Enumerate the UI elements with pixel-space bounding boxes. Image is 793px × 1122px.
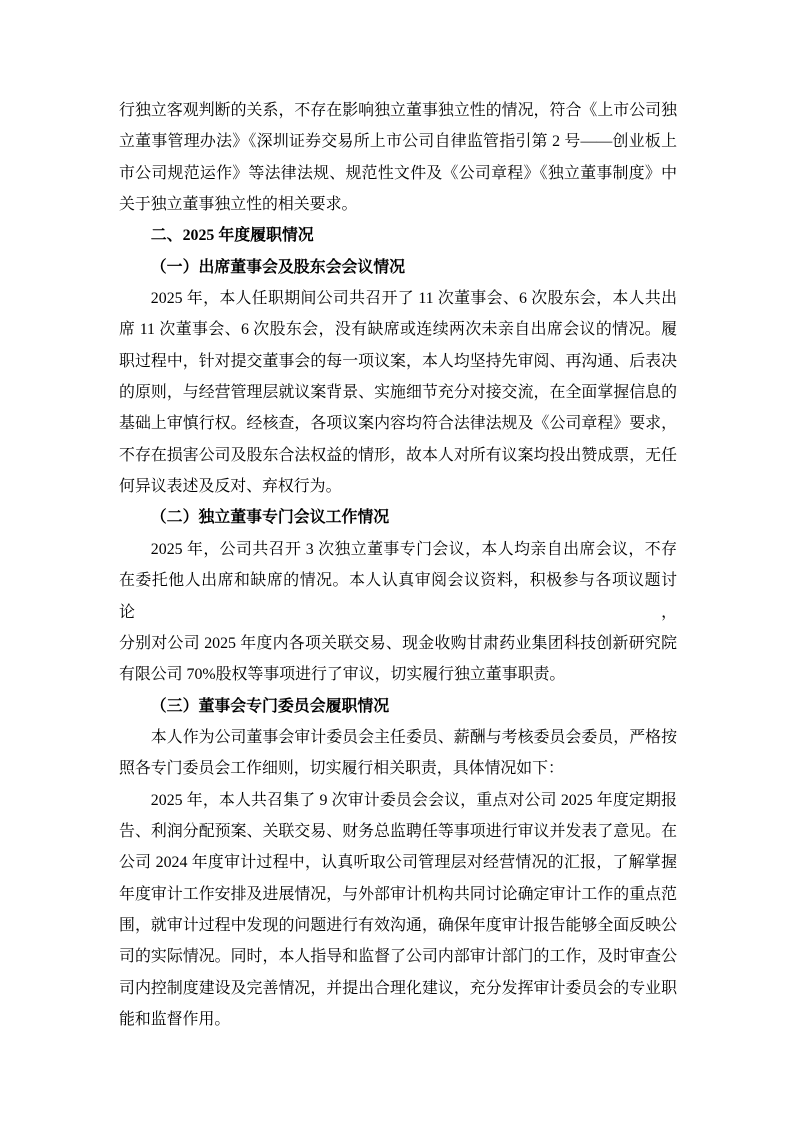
text-line: 不存在损害公司及股东合法权益的情形，故本人对所有议案均投出赞成票，无任: [119, 440, 677, 471]
text-line: 席 11 次董事会、6 次股东会，没有缺席或连续两次未亲自出席会议的情况。履: [119, 314, 677, 345]
section-heading: （三）董事会专门委员会履职情况: [119, 691, 677, 722]
text-line: 关于独立董事独立性的相关要求。: [119, 189, 677, 220]
text-line: 公司 2024 年度审计过程中，认真听取公司管理层对经营情况的汇报，了解掌握: [119, 847, 677, 878]
text-line: 能和监督作用。: [119, 1004, 677, 1035]
paragraph: 本人作为公司董事会审计委员会主任委员、薪酬与考核委员会委员，严格按照各专门委员会…: [119, 722, 677, 785]
document-content: 行独立客观判断的关系，不存在影响独立董事独立性的情况，符合《上市公司独立董事管理…: [119, 95, 677, 1035]
text-line: 告、利润分配预案、关联交易、财务总监聘任等事项进行审议并发表了意见。在: [119, 816, 677, 847]
document-page: 行独立客观判断的关系，不存在影响独立董事独立性的情况，符合《上市公司独立董事管理…: [0, 0, 793, 1122]
text-line: 2025 年，本人共召集了 9 次审计委员会会议，重点对公司 2025 年度定期…: [119, 785, 677, 816]
text-line: 行独立客观判断的关系，不存在影响独立董事独立性的情况，符合《上市公司独: [119, 95, 677, 126]
text-line: 年度审计工作安排及进展情况，与外部审计机构共同讨论确定审计工作的重点范: [119, 879, 677, 910]
text-line: 的原则，与经营管理层就议案背景、实施细节充分对接交流，在全面掌握信息的: [119, 377, 677, 408]
paragraph: 2025 年，公司共召开 3 次独立董事专门会议，本人均亲自出席会议，不存在委托…: [119, 534, 677, 691]
text-line: 本人作为公司董事会审计委员会主任委员、薪酬与考核委员会委员，严格按: [119, 722, 677, 753]
paragraph: 行独立客观判断的关系，不存在影响独立董事独立性的情况，符合《上市公司独立董事管理…: [119, 95, 677, 220]
text-line: 何异议表述及反对、弃权行为。: [119, 471, 677, 502]
section-heading: （一）出席董事会及股东会会议情况: [119, 252, 677, 283]
text-line: 2025 年，本人任职期间公司共召开了 11 次董事会、6 次股东会，本人共出: [119, 283, 677, 314]
section-heading: 二、2025 年度履职情况: [119, 220, 677, 251]
text-line: 在委托他人出席和缺席的情况。本人认真审阅会议资料，积极参与各项议题讨论，: [119, 565, 677, 628]
text-line: 有限公司 70%股权等事项进行了审议，切实履行独立董事职责。: [119, 659, 677, 690]
text-line: 基础上审慎行权。经核查，各项议案内容均符合法律法规及《公司章程》要求，: [119, 408, 677, 439]
paragraph: 2025 年，本人任职期间公司共召开了 11 次董事会、6 次股东会，本人共出席…: [119, 283, 677, 502]
section-heading: （二）独立董事专门会议工作情况: [119, 502, 677, 533]
text-line: 立董事管理办法》《深圳证券交易所上市公司自律监管指引第 2 号——创业板上: [119, 126, 677, 157]
text-line: 围，就审计过程中发现的问题进行有效沟通，确保年度审计报告能够全面反映公: [119, 910, 677, 941]
text-line: 2025 年，公司共召开 3 次独立董事专门会议，本人均亲自出席会议，不存: [119, 534, 677, 565]
text-line: 照各专门委员会工作细则，切实履行相关职责，具体情况如下：: [119, 753, 677, 784]
text-line: 司的实际情况。同时，本人指导和监督了公司内部审计部门的工作，及时审查公: [119, 941, 677, 972]
text-line: 分别对公司 2025 年度内各项关联交易、现金收购甘肃药业集团科技创新研究院: [119, 628, 677, 659]
paragraph: 2025 年，本人共召集了 9 次审计委员会会议，重点对公司 2025 年度定期…: [119, 785, 677, 1036]
text-line: 职过程中，针对提交董事会的每一项议案，本人均坚持先审阅、再沟通、后表决: [119, 346, 677, 377]
text-line: 市公司规范运作》等法律法规、规范性文件及《公司章程》《独立董事制度》中: [119, 158, 677, 189]
text-line: 司内控制度建设及完善情况，并提出合理化建议，充分发挥审计委员会的专业职: [119, 973, 677, 1004]
